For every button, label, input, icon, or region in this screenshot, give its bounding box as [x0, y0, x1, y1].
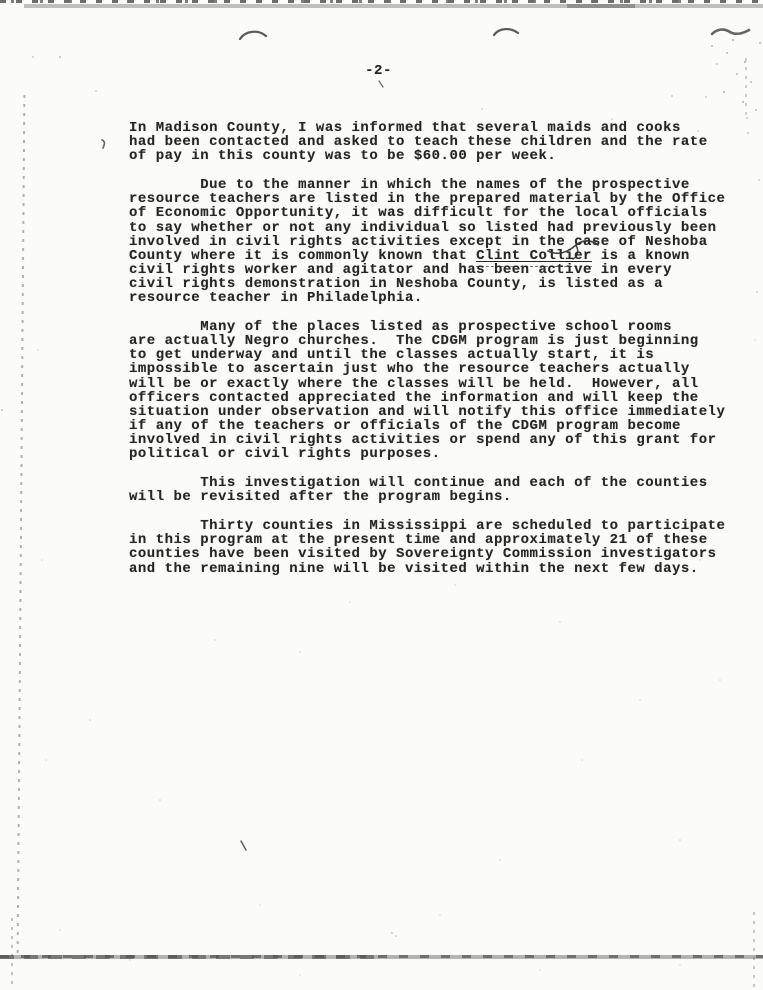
paragraph: Thirty counties in Mississippi are sched…: [129, 519, 749, 575]
text-line: involved in civil rights activities exce…: [129, 235, 749, 249]
tick-below-page-number: [379, 81, 383, 87]
text-line: will be or exactly where the classes wil…: [129, 377, 749, 391]
text-line: situation under observation and will not…: [129, 405, 749, 419]
text-line: officers contacted appreciated the infor…: [129, 391, 749, 405]
page-number: -2-: [0, 63, 757, 79]
paragraph: Due to the manner in which the names of …: [129, 178, 749, 305]
smudge-arc-right: [494, 29, 518, 35]
smudge-arc-left: [240, 32, 266, 39]
paragraph: In Madison County, I was informed that s…: [129, 121, 749, 163]
text-line: and the remaining nine will be visited w…: [129, 562, 749, 576]
text-line: of pay in this county was to be $60.00 p…: [129, 149, 749, 163]
text-line: to say whether or not any individual so …: [129, 221, 749, 235]
text-line: County where it is commonly known that C…: [129, 249, 749, 263]
text-line: resource teacher in Philadelphia.: [129, 291, 749, 305]
paragraph: This investigation will continue and eac…: [129, 476, 749, 504]
left-margin-dotted-line: [17, 95, 26, 953]
scanned-document-page: -2- In Madison County, I was informed th…: [0, 0, 763, 990]
scan-edge-dashed-line-top: [0, 0, 763, 3]
scan-edge-gray-line-top: [24, 4, 763, 8]
bottom-right-dotted-line: [753, 912, 755, 990]
text-line: if any of the teachers or officials of t…: [129, 419, 749, 433]
paragraph: Many of the places listed as prospective…: [129, 320, 749, 461]
text-line: will be revisited after the program begi…: [129, 490, 749, 504]
document-body: In Madison County, I was informed that s…: [129, 121, 749, 591]
scan-edge-dashed-line-bottom: [0, 955, 763, 958]
scan-edge-dashed-line-bottom-left: [0, 955, 380, 959]
scan-edge-gray-line-bottom: [0, 955, 763, 959]
smudge-top-right: [712, 30, 749, 34]
text-line: counties have been visited by Sovereignt…: [129, 547, 749, 561]
ink-slash-mark: [241, 841, 246, 850]
scan-edge-dark-segment: [567, 4, 635, 8]
bottom-left-dotted-line: [11, 918, 13, 990]
text-line: civil rights demonstration in Neshoba Co…: [129, 277, 749, 291]
text-line: In Madison County, I was informed that s…: [129, 121, 749, 135]
text-line: involved in civil rights activities or s…: [129, 433, 749, 447]
text-line: impossible to ascertain just who the res…: [129, 362, 749, 376]
text-line: of Economic Opportunity, it was difficul…: [129, 206, 749, 220]
ink-comma-mark: [102, 140, 104, 148]
text-line: political or civil rights purposes.: [129, 447, 749, 461]
text-line: civil rights worker and agitator and has…: [129, 263, 749, 277]
